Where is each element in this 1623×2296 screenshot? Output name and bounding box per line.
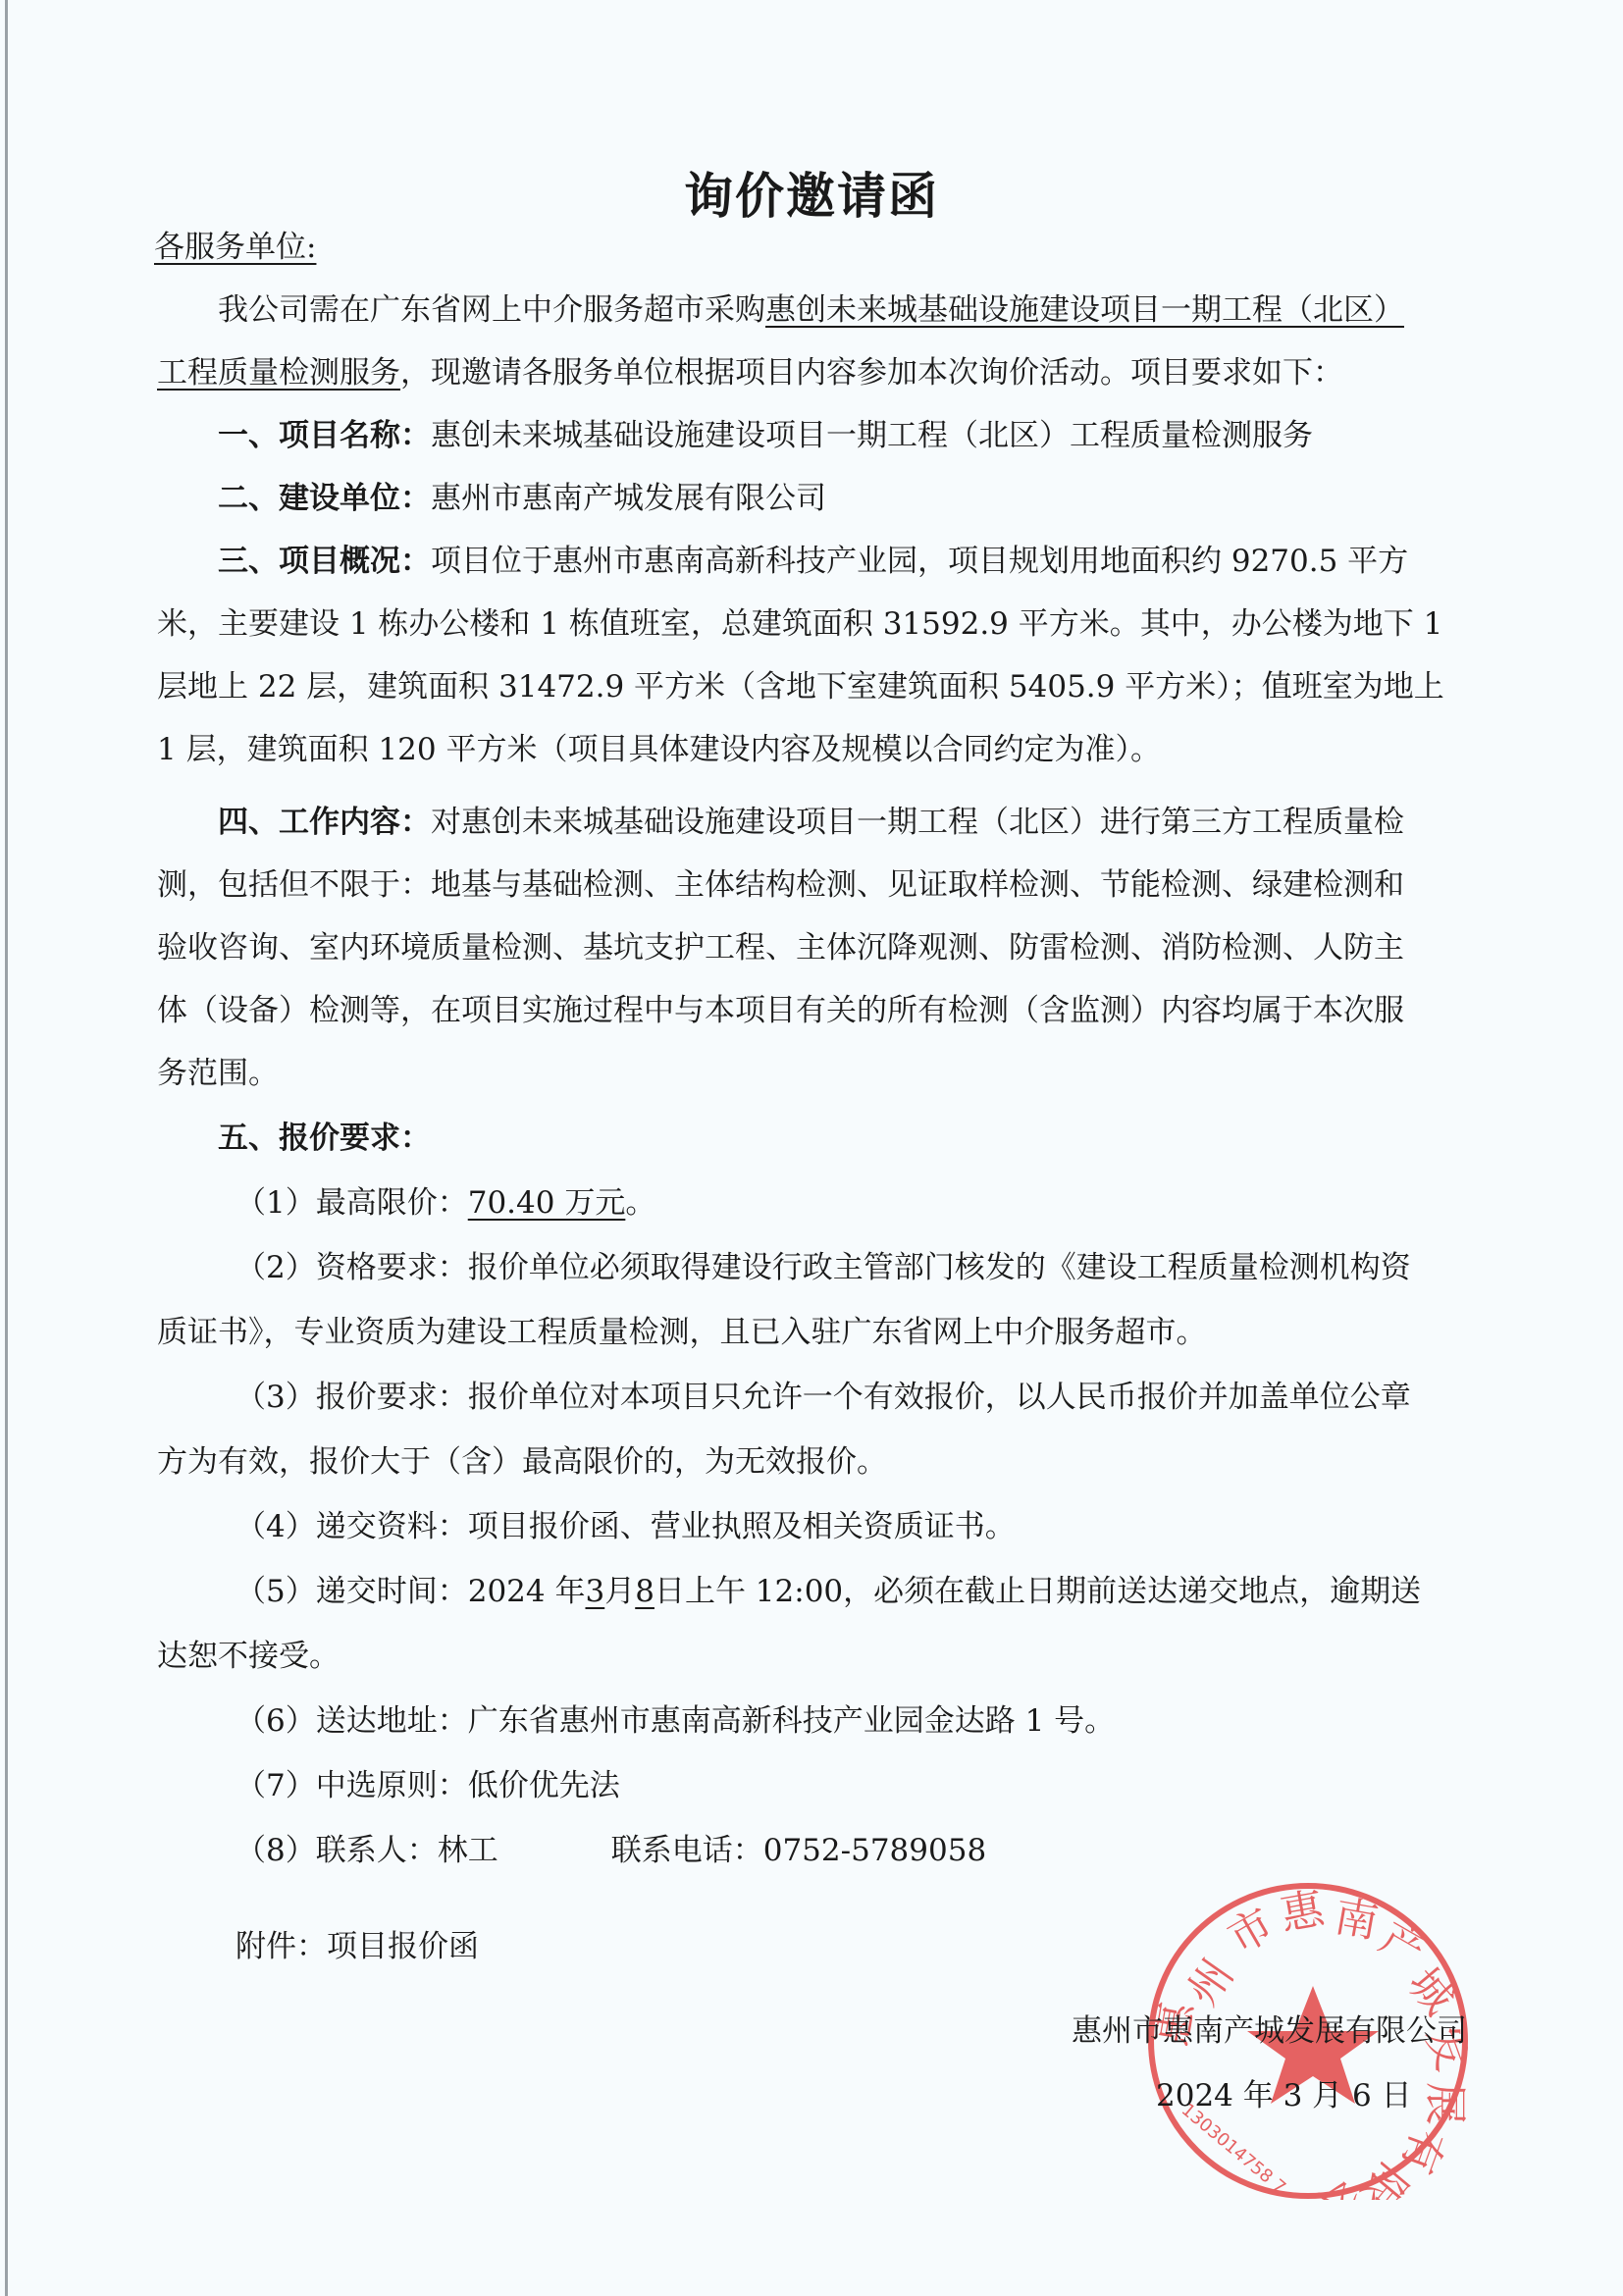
section-4-label: 四、工作内容： xyxy=(218,805,431,840)
svg-text:产: 产 xyxy=(1372,1912,1435,1977)
requirement-8: （8）联系人：林工联系电话：0752-5789058 xyxy=(236,1831,986,1870)
requirement-2-line-2: 质证书》，专业资质为建设工程质量检测，且已入驻广东省网上中介服务超市。 xyxy=(157,1313,1207,1352)
section-5-label: 五、报价要求： xyxy=(218,1119,431,1158)
section-4-line-3: 验收咨询、室内环境质量检测、基坑支护工程、主体沉降观测、防雷检测、消防检测、人防… xyxy=(157,928,1404,967)
requirement-2-line-1: （2）资格要求：报价单位必须取得建设行政主管部门核发的《建设工程质量检测机构资 xyxy=(236,1248,1411,1287)
section-1-label: 一、项目名称： xyxy=(218,418,431,453)
price-cap-value: 70.40 万元 xyxy=(468,1185,626,1221)
document-title: 询价邀请函 xyxy=(0,157,1623,228)
service-name-underlined: 工程质量检测服务 xyxy=(157,355,400,391)
requirement-7: （7）中选原则：低价优先法 xyxy=(236,1766,620,1805)
deadline-month: 3 xyxy=(585,1574,604,1609)
intro-line-1: 我公司需在广东省网上中介服务超市采购惠创未来城基础设施建设项目一期工程（北区） xyxy=(218,290,1404,330)
svg-text:展: 展 xyxy=(1420,2082,1470,2125)
section-3-line-2: 米，主要建设 1 栋办公楼和 1 栋值班室，总建筑面积 31592.9 平方米。… xyxy=(157,604,1442,644)
intro-line-2: 工程质量检测服务，现邀请各服务单位根据项目内容参加本次询价活动。项目要求如下： xyxy=(157,353,1343,392)
section-4-line-1: 四、工作内容：对惠创未来城基础设施建设项目一期工程（北区）进行第三方工程质量检 xyxy=(218,803,1404,842)
section-4-line-4: 体（设备）检测等，在项目实施过程中与本项目有关的所有检测（含监测）内容均属于本次… xyxy=(157,991,1404,1030)
requirement-5-line-1: （5）递交时间：2024 年3月8日上午 12:00，必须在截止日期前送达递交地… xyxy=(236,1572,1421,1611)
requirement-5-line-2: 达恕不接受。 xyxy=(157,1637,340,1676)
salutation: 各服务单位: xyxy=(154,228,316,267)
section-2: 二、建设单位：惠州市惠南产城发展有限公司 xyxy=(218,479,826,518)
requirement-3-line-1: （3）报价要求：报价单位对本项目只允许一个有效报价，以人民币报价并加盖单位公章 xyxy=(236,1378,1411,1417)
signature-date: 2024 年 3 月 6 日 xyxy=(1156,2076,1412,2115)
section-1: 一、项目名称：惠创未来城基础设施建设项目一期工程（北区）工程质量检测服务 xyxy=(218,416,1313,455)
section-2-label: 二、建设单位： xyxy=(218,481,431,516)
requirement-3-line-2: 方为有效，报价大于（含）最高限价的，为无效报价。 xyxy=(157,1442,887,1482)
intro-suffix: ，现邀请各服务单位根据项目内容参加本次询价活动。项目要求如下： xyxy=(400,355,1343,391)
svg-text:公: 公 xyxy=(1308,2170,1368,2200)
svg-text:南: 南 xyxy=(1331,1892,1382,1949)
requirement-6: （6）送达地址：广东省惠州市惠南高新科技产业园金达路 1 号。 xyxy=(236,1701,1115,1741)
svg-text:州: 州 xyxy=(1178,1951,1243,2014)
section-2-text: 惠州市惠南产城发展有限公司 xyxy=(431,481,826,516)
attachment-note: 附件：项目报价函 xyxy=(236,1927,479,1966)
signature-company: 惠州市惠南产城发展有限公司 xyxy=(1072,2011,1467,2051)
contact-phone: 联系电话：0752-5789058 xyxy=(611,1833,986,1868)
svg-text:惠: 惠 xyxy=(1277,1884,1330,1941)
section-3-line-3: 层地上 22 层，建筑面积 31472.9 平方米（含地下室建筑面积 5405.… xyxy=(157,667,1444,706)
requirement-1: （1）最高限价：70.40 万元。 xyxy=(236,1183,655,1223)
section-4-line-5: 务范围。 xyxy=(157,1054,279,1093)
section-3-line-1: 三、项目概况：项目位于惠州市惠南高新科技产业园，项目规划用地面积约 9270.5… xyxy=(218,542,1408,581)
section-3-line-4: 1 层，建筑面积 120 平方米（项目具体建设内容及规模以合同约定为准）。 xyxy=(157,730,1161,769)
section-1-text: 惠创未来城基础设施建设项目一期工程（北区）工程质量检测服务 xyxy=(431,418,1313,453)
intro-prefix: 我公司需在广东省网上中介服务超市采购 xyxy=(218,292,765,328)
svg-text:市: 市 xyxy=(1220,1899,1283,1963)
svg-text:限: 限 xyxy=(1350,2154,1416,2200)
requirement-4: （4）递交资料：项目报价函、营业执照及相关资质证书。 xyxy=(236,1507,1016,1546)
section-3-label: 三、项目概况： xyxy=(218,544,431,579)
svg-text:有: 有 xyxy=(1391,2122,1453,2180)
deadline-day: 8 xyxy=(635,1574,654,1609)
section-4-line-2: 测，包括但不限于：地基与基础检测、主体结构检测、见证取样检测、节能检测、绿建检测… xyxy=(157,865,1404,905)
scan-edge-line xyxy=(5,0,8,2296)
contact-person: （8）联系人：林工 xyxy=(236,1833,498,1868)
project-name-underlined: 惠创未来城基础设施建设项目一期工程（北区） xyxy=(765,292,1404,328)
